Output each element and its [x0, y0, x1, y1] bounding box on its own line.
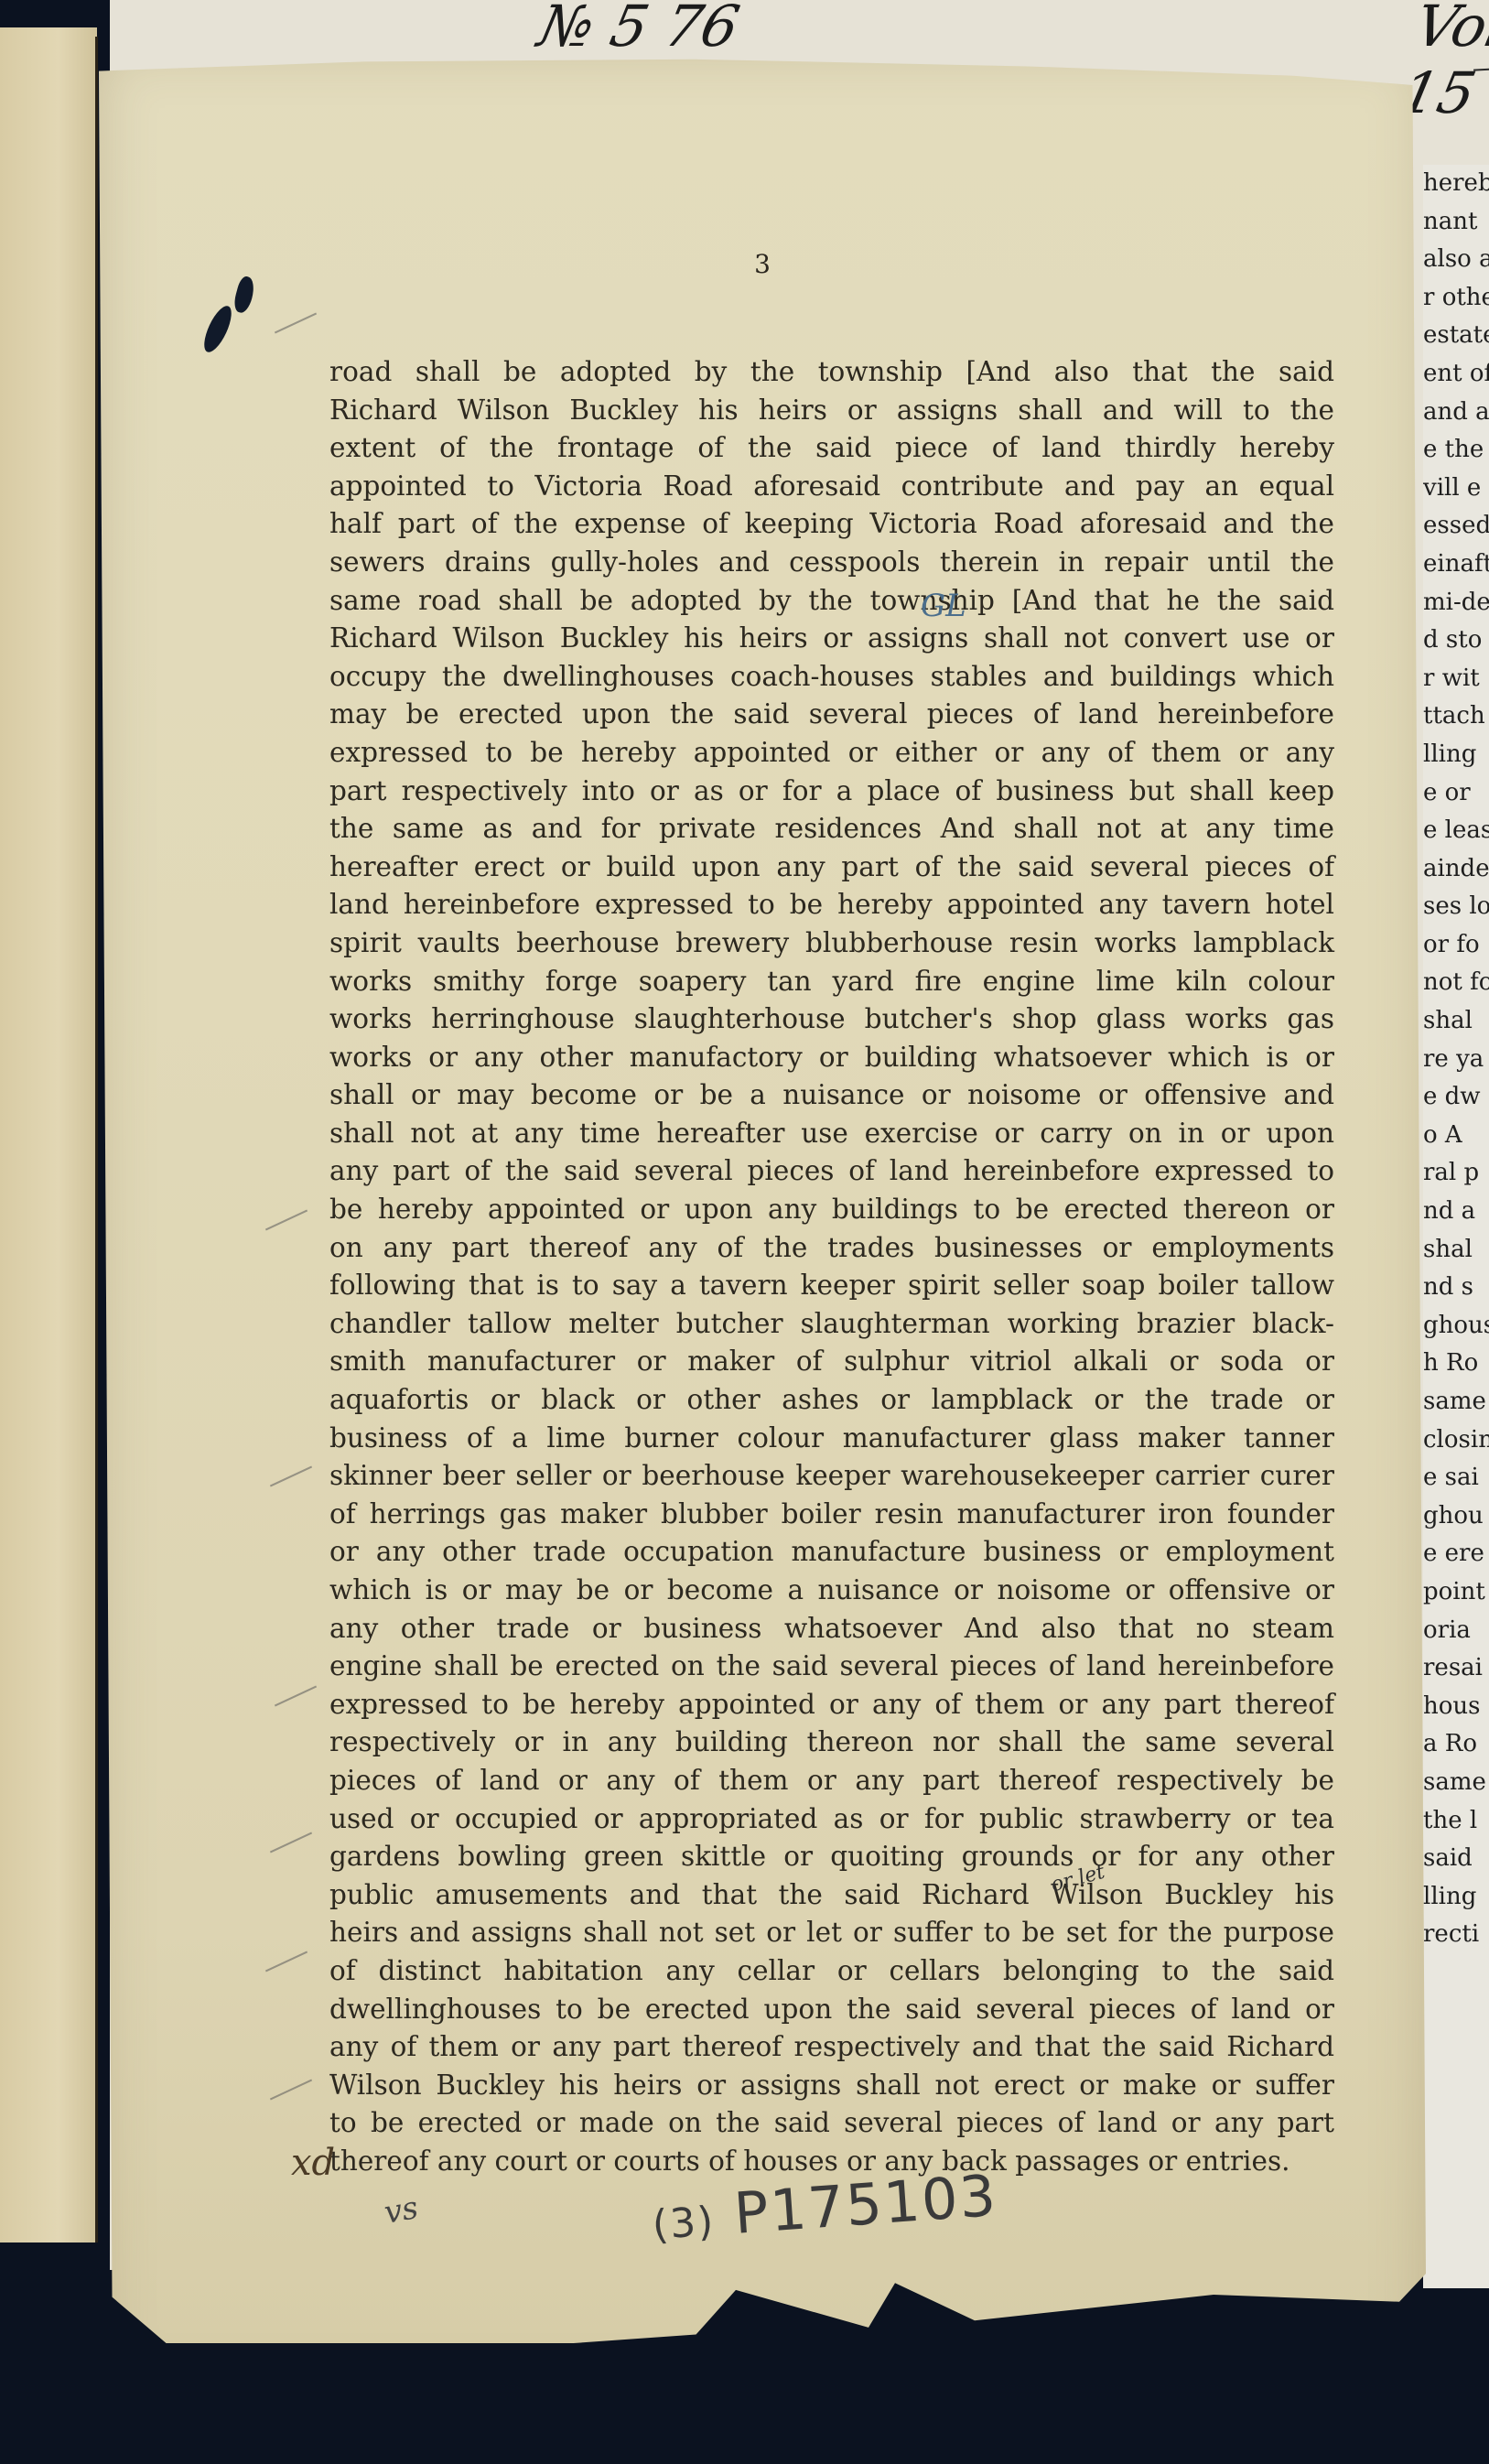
- right-page-fragment: or fo: [1423, 926, 1489, 965]
- text-line: to be erected or made on the said severa…: [329, 2104, 1334, 2143]
- left-binding-strip: [0, 27, 97, 2242]
- text-line: expressed to be hereby appointed or eith…: [329, 734, 1334, 773]
- text-line: works or any other manufactory or buildi…: [329, 1039, 1334, 1077]
- text-line: half part of the expense of keeping Vict…: [329, 505, 1334, 544]
- right-page-fragment: the l: [1423, 1802, 1489, 1841]
- right-page-fragment: nd s: [1423, 1269, 1489, 1307]
- text-line: road shall be adopted by the township [A…: [329, 353, 1334, 392]
- margin-tick: [275, 313, 317, 334]
- text-line: works herringhouse slaughterhouse butche…: [329, 1000, 1334, 1039]
- right-page-fragment: re ya: [1423, 1041, 1489, 1079]
- right-page-fragment: oria: [1423, 1612, 1489, 1650]
- paper-hole: [232, 275, 257, 314]
- page-number: 3: [99, 249, 1426, 279]
- text-line: shall or may become or be a nuisance or …: [329, 1076, 1334, 1115]
- text-line: may be erected upon the said several pie…: [329, 696, 1334, 734]
- handwritten-mark-xd: xd: [291, 2142, 335, 2184]
- dark-background: [0, 2343, 1489, 2464]
- right-page-fragment: vill e: [1423, 470, 1489, 508]
- right-page-fragment: r othe: [1423, 279, 1489, 318]
- right-page-fragment: nant: [1423, 203, 1489, 242]
- right-page-fragment: resai: [1423, 1649, 1489, 1688]
- text-line: of herrings gas maker blubber boiler res…: [329, 1496, 1334, 1534]
- deed-body-text: road shall be adopted by the township [A…: [329, 353, 1334, 2181]
- margin-tick: [270, 1832, 312, 1853]
- text-line: any part of the said several pieces of l…: [329, 1152, 1334, 1191]
- right-page-fragment: said: [1423, 1840, 1489, 1878]
- right-page-fragment: ttach: [1423, 697, 1489, 736]
- text-line: part respectively into or as or for a pl…: [329, 773, 1334, 811]
- text-line: dwellinghouses to be erected upon the sa…: [329, 1991, 1334, 2029]
- text-line: which is or may be or become a nuisance …: [329, 1572, 1334, 1610]
- text-line: heirs and assigns shall not set or let o…: [329, 1914, 1334, 1952]
- right-page-fragment: a Ro: [1423, 1725, 1489, 1764]
- text-line: used or occupied or appropriated as or f…: [329, 1800, 1334, 1839]
- right-page-fragment: e the: [1423, 431, 1489, 470]
- reference-circle-number: (3): [651, 2198, 717, 2249]
- right-adjacent-page: herebynantalso ar otheestateent ofand ae…: [1423, 165, 1489, 2288]
- text-line: shall not at any time hereafter use exer…: [329, 1115, 1334, 1153]
- right-page-fragment: also a: [1423, 241, 1489, 279]
- text-line: of distinct habitation any cellar or cel…: [329, 1952, 1334, 1991]
- right-page-fragment: e dw: [1423, 1078, 1489, 1117]
- margin-annotation-initials: GL: [921, 588, 966, 624]
- right-page-fragment: hous: [1423, 1688, 1489, 1726]
- text-line: land hereinbefore expressed to be hereby…: [329, 886, 1334, 924]
- right-page-fragment: r wit: [1423, 660, 1489, 698]
- text-line: Wilson Buckley his heirs or assigns shal…: [329, 2067, 1334, 2105]
- right-page-fragment: einafte: [1423, 546, 1489, 584]
- right-page-fragment: ses lo: [1423, 888, 1489, 926]
- right-page-fragment: point: [1423, 1573, 1489, 1612]
- text-line: hereafter erect or build upon any part o…: [329, 848, 1334, 887]
- handwritten-initials: vs: [382, 2189, 421, 2232]
- right-page-fragment: o A: [1423, 1117, 1489, 1155]
- text-line: same road shall be adopted by the townsh…: [329, 582, 1334, 621]
- margin-tick: [270, 1466, 312, 1487]
- text-line: skinner beer seller or beerhouse keeper …: [329, 1457, 1334, 1496]
- right-page-fragment: shal: [1423, 1231, 1489, 1270]
- right-page-fragment: ent of: [1423, 355, 1489, 394]
- text-line: any of them or any part thereof respecti…: [329, 2028, 1334, 2067]
- text-line: extent of the frontage of the said piece…: [329, 429, 1334, 468]
- right-page-fragment: ghous: [1423, 1307, 1489, 1345]
- right-page-fragment: shal: [1423, 1002, 1489, 1041]
- right-page-fragment: mi-de: [1423, 584, 1489, 622]
- spine-line: [95, 37, 98, 2242]
- text-line: occupy the dwellinghouses coach-houses s…: [329, 658, 1334, 697]
- text-line: or any other trade occupation manufactur…: [329, 1533, 1334, 1572]
- right-page-fragment: same: [1423, 1383, 1489, 1421]
- text-line: respectively or in any building thereon …: [329, 1724, 1334, 1762]
- text-line: Richard Wilson Buckley his heirs or assi…: [329, 620, 1334, 658]
- ledger-number: № 5 76: [533, 0, 745, 59]
- text-line: business of a lime burner colour manufac…: [329, 1420, 1334, 1458]
- right-page-fragment: closin: [1423, 1421, 1489, 1460]
- right-page-fragment: estate: [1423, 317, 1489, 355]
- right-page-fragment: ghou: [1423, 1497, 1489, 1536]
- right-page-fragment: and a: [1423, 394, 1489, 432]
- text-line: appointed to Victoria Road aforesaid con…: [329, 468, 1334, 506]
- right-page-fragment: nd a: [1423, 1193, 1489, 1231]
- text-line: engine shall be erected on the said seve…: [329, 1648, 1334, 1686]
- right-page-fragment: h Ro: [1423, 1345, 1489, 1383]
- right-page-fragment: e ere: [1423, 1535, 1489, 1573]
- text-line: pieces of land or any of them or any par…: [329, 1762, 1334, 1800]
- margin-tick: [265, 1951, 308, 1972]
- right-page-fragment: d sto: [1423, 621, 1489, 660]
- document-page: 3 road shall be adopted by the township …: [99, 48, 1426, 2391]
- margin-tick: [270, 2080, 312, 2101]
- right-page-fragment: ral p: [1423, 1154, 1489, 1193]
- text-line: public amusements and that the said Rich…: [329, 1876, 1334, 1915]
- right-page-fragment: ainde: [1423, 850, 1489, 889]
- right-page-fragment: recti: [1423, 1916, 1489, 1954]
- right-page-fragment: e sai: [1423, 1459, 1489, 1497]
- margin-tick: [275, 1686, 317, 1707]
- right-page-fragment: lling: [1423, 736, 1489, 774]
- right-page-fragment: not fo: [1423, 964, 1489, 1002]
- right-page-fragment: same: [1423, 1764, 1489, 1802]
- text-line: any other trade or business whatsoever A…: [329, 1610, 1334, 1648]
- text-line: smith manufacturer or maker of sulphur v…: [329, 1343, 1334, 1381]
- margin-tick: [265, 1210, 308, 1231]
- text-line: sewers drains gully-holes and cesspools …: [329, 544, 1334, 582]
- text-line: on any part thereof any of the trades bu…: [329, 1229, 1334, 1268]
- right-page-fragment: essed: [1423, 507, 1489, 546]
- right-page-fragment: hereby: [1423, 165, 1489, 203]
- right-page-fragment: e or: [1423, 774, 1489, 813]
- text-line: the same as and for private residences A…: [329, 810, 1334, 848]
- text-line: aquafortis or black or other ashes or la…: [329, 1381, 1334, 1420]
- text-line: expressed to be hereby appointed or any …: [329, 1686, 1334, 1724]
- text-line: following that is to say a tavern keeper…: [329, 1267, 1334, 1305]
- right-page-fragment: lling: [1423, 1878, 1489, 1917]
- text-line: Richard Wilson Buckley his heirs or assi…: [329, 392, 1334, 430]
- text-line: gardens bowling green skittle or quoitin…: [329, 1838, 1334, 1876]
- text-line: chandler tallow melter butcher slaughter…: [329, 1305, 1334, 1344]
- right-page-fragment: e leas: [1423, 812, 1489, 850]
- text-line: spirit vaults beerhouse brewery blubberh…: [329, 924, 1334, 963]
- text-line: be hereby appointed or upon any building…: [329, 1191, 1334, 1229]
- text-line: works smithy forge soapery tan yard fire…: [329, 963, 1334, 1001]
- paper-hole: [199, 302, 236, 355]
